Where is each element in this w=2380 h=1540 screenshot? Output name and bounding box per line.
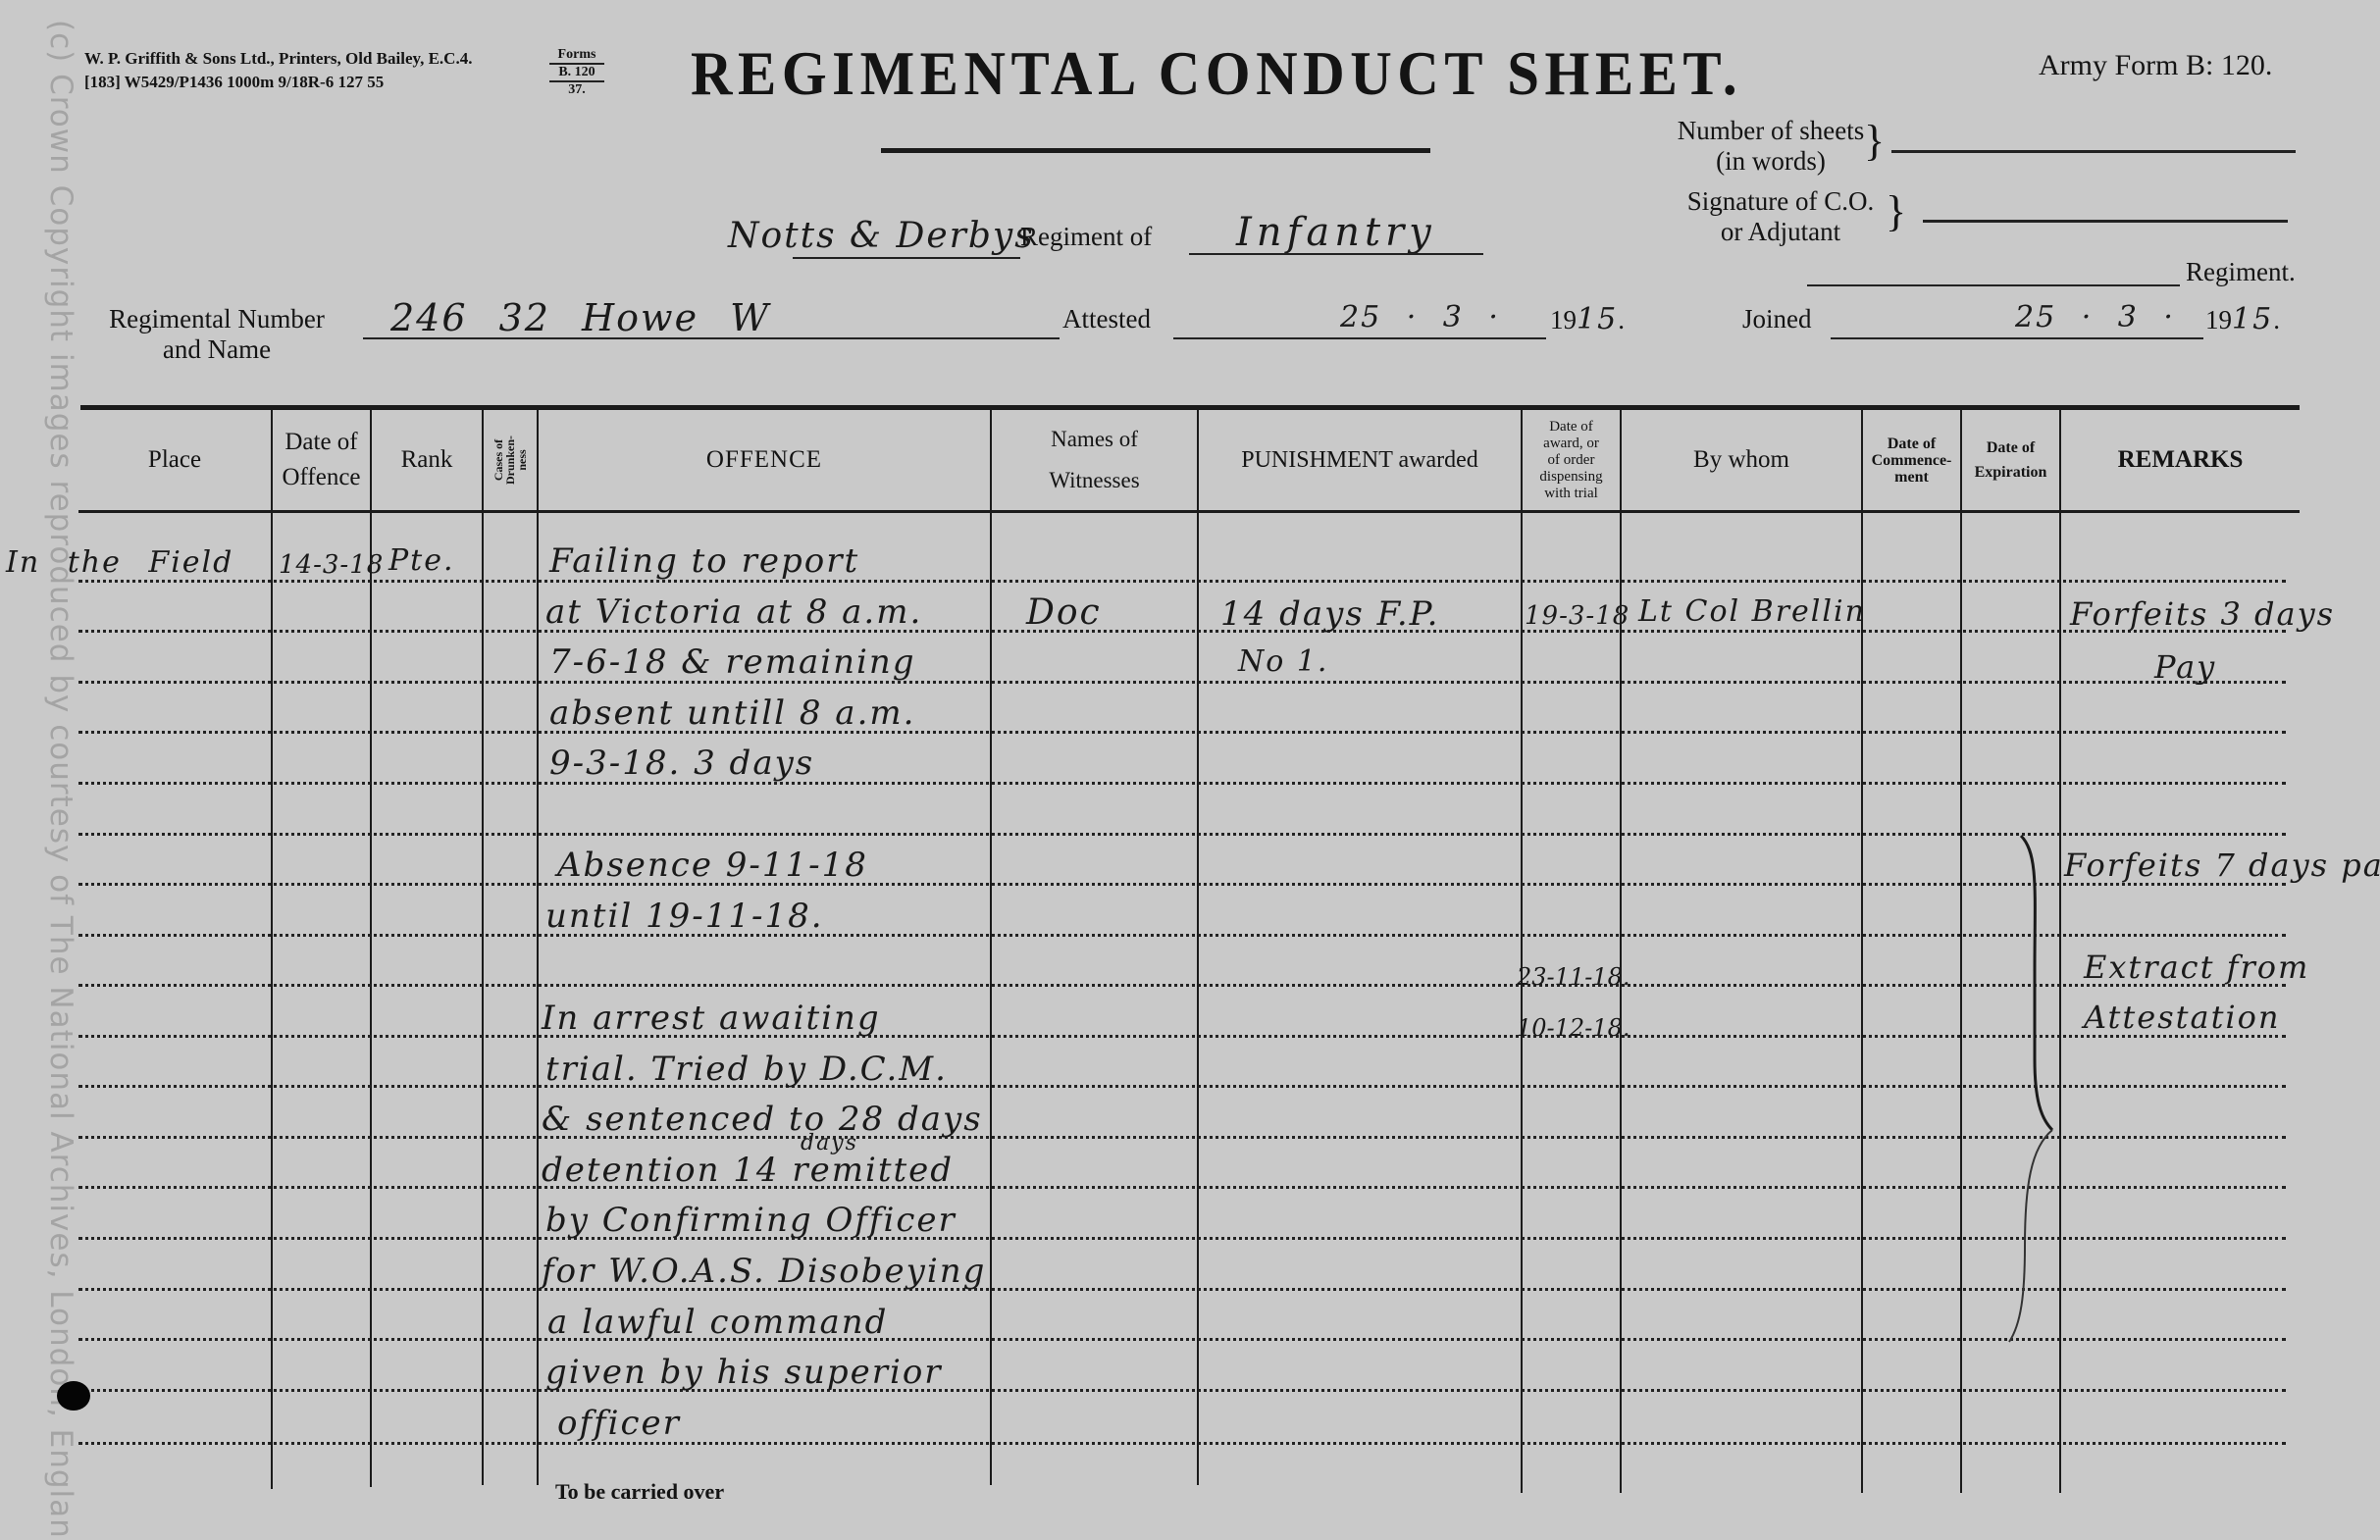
signature-label-line1: Signature of C.O. xyxy=(1678,186,1884,217)
column-divider xyxy=(537,410,539,1485)
ruled-line xyxy=(78,934,2286,937)
attested-underline xyxy=(1173,337,1546,339)
punch-hole xyxy=(57,1381,90,1411)
header-date-of-award-line4: dispensing xyxy=(1539,469,1602,486)
header-by-whom: By whom xyxy=(1622,410,1861,510)
offence-3-insertion: days xyxy=(801,1132,858,1155)
entry-date-of-award-2: 23-11-18. xyxy=(1517,957,1630,997)
header-date-of-award-line1: Date of xyxy=(1549,419,1593,436)
entry-remarks-1-line2: Pay xyxy=(2154,647,2216,687)
attested-year-prefix: 19 xyxy=(1550,305,1577,334)
regimental-number-underline xyxy=(363,337,1060,339)
column-divider xyxy=(271,410,273,1489)
regimental-number-name-value[interactable]: 246 32 Howe W xyxy=(390,296,770,339)
ruled-line xyxy=(78,731,2286,734)
table-header-rule xyxy=(78,510,2300,513)
title-underline xyxy=(881,148,1430,153)
joined-label: Joined xyxy=(1742,304,1812,334)
header-place: Place xyxy=(78,410,271,510)
entry-witness-1: Doc xyxy=(1026,593,1102,633)
header-expiration-line1: Date of xyxy=(1987,439,2035,456)
column-divider xyxy=(990,410,992,1485)
entry-date-of-offence: 14-3-18 xyxy=(279,545,384,585)
number-of-sheets-label: Number of sheets (in words) xyxy=(1668,116,1874,177)
offence-1-line: 9-3-18. 3 days xyxy=(549,744,814,783)
joined-underline xyxy=(1831,337,2203,339)
ruled-line xyxy=(78,1186,2286,1189)
forms-reference: Forms B. 120 37. xyxy=(549,47,604,98)
number-of-sheets-field[interactable] xyxy=(1891,150,2296,153)
header-date-of-award-line2: award, or xyxy=(1543,436,1599,452)
entry-by-whom-1: Lt Col Brellin xyxy=(1638,592,1866,632)
attested-year-suffix[interactable]: 15 xyxy=(1577,302,1618,336)
ruled-line xyxy=(78,630,2286,633)
bracket-icon xyxy=(1992,834,2070,1344)
ruled-line xyxy=(78,782,2286,785)
number-of-sheets-label-line1: Number of sheets xyxy=(1668,116,1874,146)
header-remarks: REMARKS xyxy=(2061,410,2300,510)
header-date-of-commencement: Date of Commence- ment xyxy=(1863,410,1960,510)
ruled-line xyxy=(78,984,2286,987)
forms-ref-top: Forms xyxy=(549,47,604,63)
regiment-name: Notts & Derbys xyxy=(728,216,1035,256)
printer-imprint: W. P. Griffith & Sons Ltd., Printers, Ol… xyxy=(84,47,472,94)
forms-ref-bottom: 37. xyxy=(549,82,604,98)
column-divider xyxy=(1861,410,1863,1493)
regiment-name-underline xyxy=(793,257,1020,259)
entry-punishment-1-line1: 14 days F.P. xyxy=(1220,594,1439,634)
header-drunkenness-line3: ness xyxy=(516,436,528,485)
offence-1-line: Failing to report xyxy=(549,541,859,581)
ruled-line xyxy=(78,1442,2286,1445)
offence-3-line: by Confirming Officer xyxy=(545,1201,957,1240)
regiment-field[interactable] xyxy=(1807,284,2180,286)
regimental-number-label-line2: and Name xyxy=(84,334,349,365)
printer-line-1: W. P. Griffith & Sons Ltd., Printers, Ol… xyxy=(84,47,472,71)
header-date-of-award: Date of award, or of order dispensing wi… xyxy=(1523,410,1620,510)
brace-icon: } xyxy=(1886,190,1906,233)
column-divider xyxy=(1521,410,1523,1493)
ruled-line xyxy=(78,1085,2286,1088)
header-rank: Rank xyxy=(372,410,482,510)
ruled-line xyxy=(78,883,2286,886)
ruled-line xyxy=(78,1338,2286,1341)
entry-remarks-1-line1: Forfeits 3 days xyxy=(2070,594,2335,634)
army-form-number: Army Form B: 120. xyxy=(2039,49,2272,82)
entry-date-of-award-3: 10-12-18. xyxy=(1517,1008,1630,1048)
header-offence: OFFENCE xyxy=(539,410,990,510)
offence-3-line: given by his superior xyxy=(545,1353,943,1392)
offence-2-line: Absence 9-11-18 xyxy=(557,846,868,885)
offence-3-line: for W.O.A.S. Disobeying xyxy=(542,1252,986,1291)
signature-label-line2: or Adjutant xyxy=(1678,217,1884,247)
ruled-line xyxy=(78,1288,2286,1291)
offence-2-line: until 19-11-18. xyxy=(545,897,824,936)
joined-year: 1915. xyxy=(2205,304,2280,335)
regimental-number-label: Regimental Number and Name xyxy=(84,304,349,365)
entry-rank: Pte. xyxy=(388,541,455,581)
header-punishment: PUNISHMENT awarded xyxy=(1199,410,1521,510)
page-title: REGIMENTAL CONDUCT SHEET. xyxy=(691,37,1742,110)
attested-value[interactable]: 25 · 3 · xyxy=(1340,300,1500,334)
archive-watermark: (c) Crown Copyright images reproduced by… xyxy=(39,20,78,1511)
offence-3-line: officer xyxy=(557,1404,681,1443)
offence-3-line: a lawful command xyxy=(547,1303,888,1342)
joined-year-suffix[interactable]: 15 xyxy=(2232,302,2273,336)
attested-label: Attested xyxy=(1062,304,1151,334)
offence-3-line: trial. Tried by D.C.M. xyxy=(545,1050,948,1089)
entry-remarks-2-line2: Extract from xyxy=(2084,948,2309,987)
entry-remarks-2-line1: Forfeits 7 days pay xyxy=(2064,846,2380,885)
offence-1-line: absent untill 8 a.m. xyxy=(549,693,915,733)
header-commencement-line3: ment xyxy=(1894,469,1929,486)
column-divider xyxy=(482,410,484,1485)
printer-line-2: [183] W5429/P1436 1000m 9/18R-6 127 55 xyxy=(84,71,472,94)
header-date-of-award-line3: of order xyxy=(1548,452,1595,469)
column-divider xyxy=(1620,410,1622,1493)
brace-icon: } xyxy=(1864,120,1885,163)
offence-3-line: In arrest awaiting xyxy=(542,999,881,1038)
offence-3-line: detention 14 remitted xyxy=(542,1151,954,1190)
entry-punishment-1-line2: No 1. xyxy=(1238,642,1328,682)
entry-date-of-award-1: 19-3-18 xyxy=(1525,596,1630,636)
ruled-line xyxy=(78,833,2286,836)
regimental-number-label-line1: Regimental Number xyxy=(84,304,349,334)
forms-ref-middle: B. 120 xyxy=(549,63,604,82)
joined-value[interactable]: 25 · 3 · xyxy=(2015,300,2175,334)
column-divider xyxy=(1197,410,1199,1485)
ruled-line xyxy=(78,1237,2286,1240)
header-drunkenness: Cases of Drunken- ness xyxy=(484,410,537,510)
header-date-of-expiration: Date of Expiration xyxy=(1962,410,2059,510)
regiment-of-value[interactable]: Infantry xyxy=(1236,210,1436,255)
header-date-of-offence: Date of Offence xyxy=(273,410,370,510)
signature-label: Signature of C.O. or Adjutant xyxy=(1678,186,1884,247)
entry-remarks-2-line3: Attestation xyxy=(2084,998,2281,1037)
ruled-line xyxy=(78,1136,2286,1139)
number-of-sheets-label-line2: (in words) xyxy=(1668,146,1874,177)
offence-3-line: & sentenced to 28 days xyxy=(542,1100,983,1139)
offence-1-line: at Victoria at 8 a.m. xyxy=(545,592,922,632)
entry-place: In the Field xyxy=(6,543,233,583)
signature-field[interactable] xyxy=(1923,220,2288,223)
header-date-of-offence-line1: Date of xyxy=(285,429,357,456)
column-divider xyxy=(1960,410,1962,1493)
header-witnesses: Names of Witnesses xyxy=(992,410,1197,510)
header-witnesses-line1: Names of xyxy=(1051,426,1138,453)
header-date-of-award-line5: with trial xyxy=(1544,486,1598,502)
ruled-line xyxy=(78,681,2286,684)
ruled-line xyxy=(78,1035,2286,1038)
attested-year: 1915. xyxy=(1550,304,1625,335)
header-date-of-offence-line2: Offence xyxy=(282,464,360,491)
carried-over-note: To be carried over xyxy=(555,1479,724,1505)
offence-1-line: 7-6-18 & remaining xyxy=(549,642,916,682)
header-expiration-line2: Expiration xyxy=(1975,464,2047,481)
regiment-of-underline xyxy=(1189,253,1483,255)
header-witnesses-line2: Witnesses xyxy=(1049,467,1139,494)
header-commencement-line1: Date of xyxy=(1888,436,1936,452)
ruled-line xyxy=(78,1389,2286,1392)
joined-year-prefix: 19 xyxy=(2205,305,2232,334)
regiment-of-label: Regiment of xyxy=(1020,222,1152,252)
header-commencement-line2: Commence- xyxy=(1872,452,1952,469)
regiment-label: Regiment. xyxy=(2186,257,2296,287)
